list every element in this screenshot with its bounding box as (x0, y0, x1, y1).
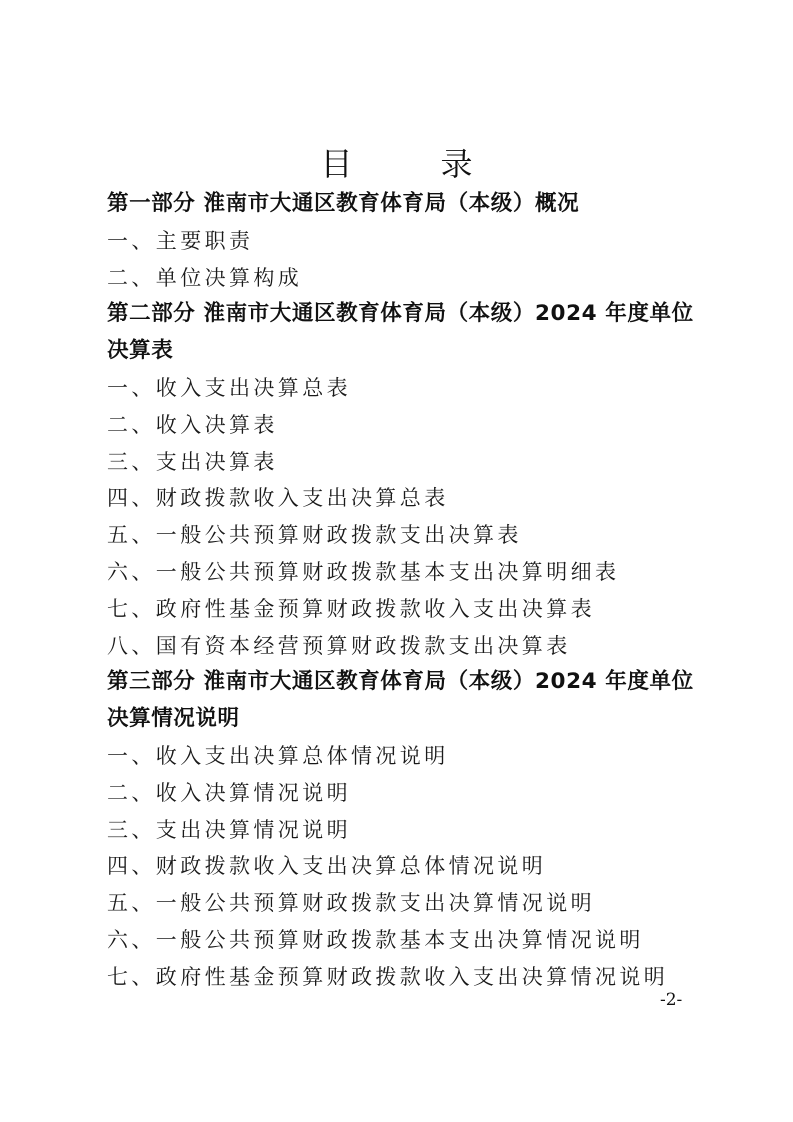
toc-part-heading: 第一部分 淮南市大通区教育体育局（本级）概况 (107, 186, 697, 223)
toc-item: 七、政府性基金预算财政拨款收入支出决算表 (107, 591, 697, 628)
toc-item: 二、单位决算构成 (107, 260, 697, 297)
page-title: 目 录 (0, 142, 793, 186)
toc-item: 五、一般公共预算财政拨款支出决算表 (107, 517, 697, 554)
toc-item: 四、财政拨款收入支出决算总体情况说明 (107, 848, 697, 885)
toc-item: 六、一般公共预算财政拨款基本支出决算明细表 (107, 554, 697, 591)
toc-item: 一、收入支出决算总体情况说明 (107, 738, 697, 775)
table-of-contents: 第一部分 淮南市大通区教育体育局（本级）概况 一、主要职责 二、单位决算构成 第… (107, 186, 697, 996)
toc-item: 六、一般公共预算财政拨款基本支出决算情况说明 (107, 922, 697, 959)
toc-item: 八、国有资本经营预算财政拨款支出决算表 (107, 628, 697, 665)
toc-item: 二、收入决算情况说明 (107, 775, 697, 812)
page-number: -2- (660, 990, 682, 1010)
toc-item: 二、收入决算表 (107, 407, 697, 444)
toc-item: 七、政府性基金预算财政拨款收入支出决算情况说明 (107, 959, 697, 996)
toc-item: 三、支出决算表 (107, 444, 697, 481)
toc-item: 一、收入支出决算总表 (107, 370, 697, 407)
toc-item: 四、财政拨款收入支出决算总表 (107, 480, 697, 517)
toc-part-heading: 第三部分 淮南市大通区教育体育局（本级）2024 年度单位决算情况说明 (107, 664, 697, 738)
toc-item: 五、一般公共预算财政拨款支出决算情况说明 (107, 885, 697, 922)
toc-part-heading: 第二部分 淮南市大通区教育体育局（本级）2024 年度单位决算表 (107, 296, 697, 370)
toc-item: 三、支出决算情况说明 (107, 812, 697, 849)
toc-item: 一、主要职责 (107, 223, 697, 260)
